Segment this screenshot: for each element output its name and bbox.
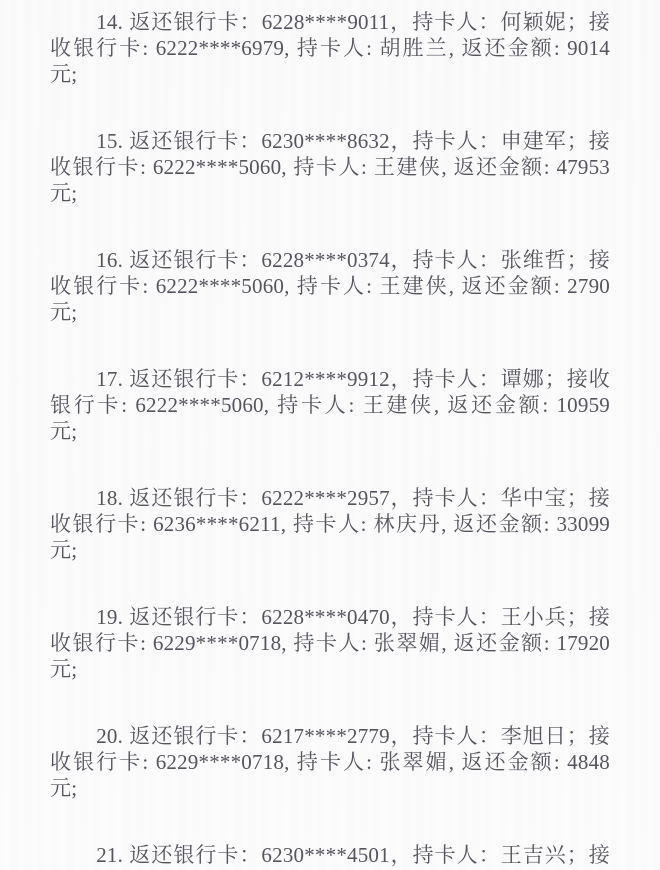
refund-item-14: 14. 返还银行卡：6228****9011，持卡人：何颖妮；接收银行卡: 62… bbox=[50, 9, 610, 87]
refund-list: 14. 返还银行卡：6228****9011，持卡人：何颖妮；接收银行卡: 62… bbox=[50, 9, 610, 868]
refund-item-line: 收银行卡: 6236****6211, 持卡人: 林庆丹, 返还金额: 3309… bbox=[50, 511, 610, 537]
refund-item-line: 元; bbox=[50, 418, 610, 444]
refund-item-line: 收银行卡: 6222****5060, 持卡人: 王建侠, 返还金额: 4795… bbox=[50, 154, 610, 180]
refund-item-line: 收银行卡: 6229****0718, 持卡人: 张翠媚, 返还金额: 1792… bbox=[50, 630, 610, 656]
refund-item-17: 17. 返还银行卡：6212****9912，持卡人：谭娜；接收银行卡: 622… bbox=[50, 366, 610, 444]
refund-item-line: 收银行卡: 6229****0718, 持卡人: 张翠媚, 返还金额: 4848 bbox=[50, 749, 610, 775]
refund-item-19: 19. 返还银行卡：6228****0470，持卡人：王小兵；接收银行卡: 62… bbox=[50, 604, 610, 682]
refund-item-16: 16. 返还银行卡：6228****0374，持卡人：张维哲；接收银行卡: 62… bbox=[50, 247, 610, 325]
refund-item-line: 元; bbox=[50, 180, 610, 206]
refund-item-line: 15. 返还银行卡：6230****8632，持卡人：申建军；接 bbox=[50, 128, 610, 154]
refund-item-15: 15. 返还银行卡：6230****8632，持卡人：申建军；接收银行卡: 62… bbox=[50, 128, 610, 206]
refund-item-18: 18. 返还银行卡：6222****2957，持卡人：华中宝；接收银行卡: 62… bbox=[50, 485, 610, 563]
refund-item-line: 收银行卡: 6222****6979, 持卡人: 胡胜兰, 返还金额: 9014 bbox=[50, 35, 610, 61]
refund-item-line: 元; bbox=[50, 299, 610, 325]
refund-item-line: 银行卡: 6222****5060, 持卡人: 王建侠, 返还金额: 10959 bbox=[50, 392, 610, 418]
refund-item-line: 元; bbox=[50, 537, 610, 563]
refund-item-line: 21. 返还银行卡：6230****4501，持卡人：王吉兴；接 bbox=[50, 842, 610, 868]
refund-item-line: 16. 返还银行卡：6228****0374，持卡人：张维哲；接 bbox=[50, 247, 610, 273]
refund-item-line: 元; bbox=[50, 656, 610, 682]
refund-item-line: 元; bbox=[50, 775, 610, 801]
refund-item-line: 18. 返还银行卡：6222****2957，持卡人：华中宝；接 bbox=[50, 485, 610, 511]
refund-item-line: 元; bbox=[50, 61, 610, 87]
refund-item-line: 14. 返还银行卡：6228****9011，持卡人：何颖妮；接 bbox=[50, 9, 610, 35]
refund-item-line: 19. 返还银行卡：6228****0470，持卡人：王小兵；接 bbox=[50, 604, 610, 630]
refund-item-20: 20. 返还银行卡：6217****2779，持卡人：李旭日；接收银行卡: 62… bbox=[50, 723, 610, 801]
refund-item-line: 20. 返还银行卡：6217****2779，持卡人：李旭日；接 bbox=[50, 723, 610, 749]
refund-item-21: 21. 返还银行卡：6230****4501，持卡人：王吉兴；接 bbox=[50, 842, 610, 868]
refund-item-line: 收银行卡: 6222****5060, 持卡人: 王建侠, 返还金额: 2790 bbox=[50, 273, 610, 299]
document-page: 14. 返还银行卡：6228****9011，持卡人：何颖妮；接收银行卡: 62… bbox=[0, 0, 660, 870]
refund-item-line: 17. 返还银行卡：6212****9912，持卡人：谭娜；接收 bbox=[50, 366, 610, 392]
